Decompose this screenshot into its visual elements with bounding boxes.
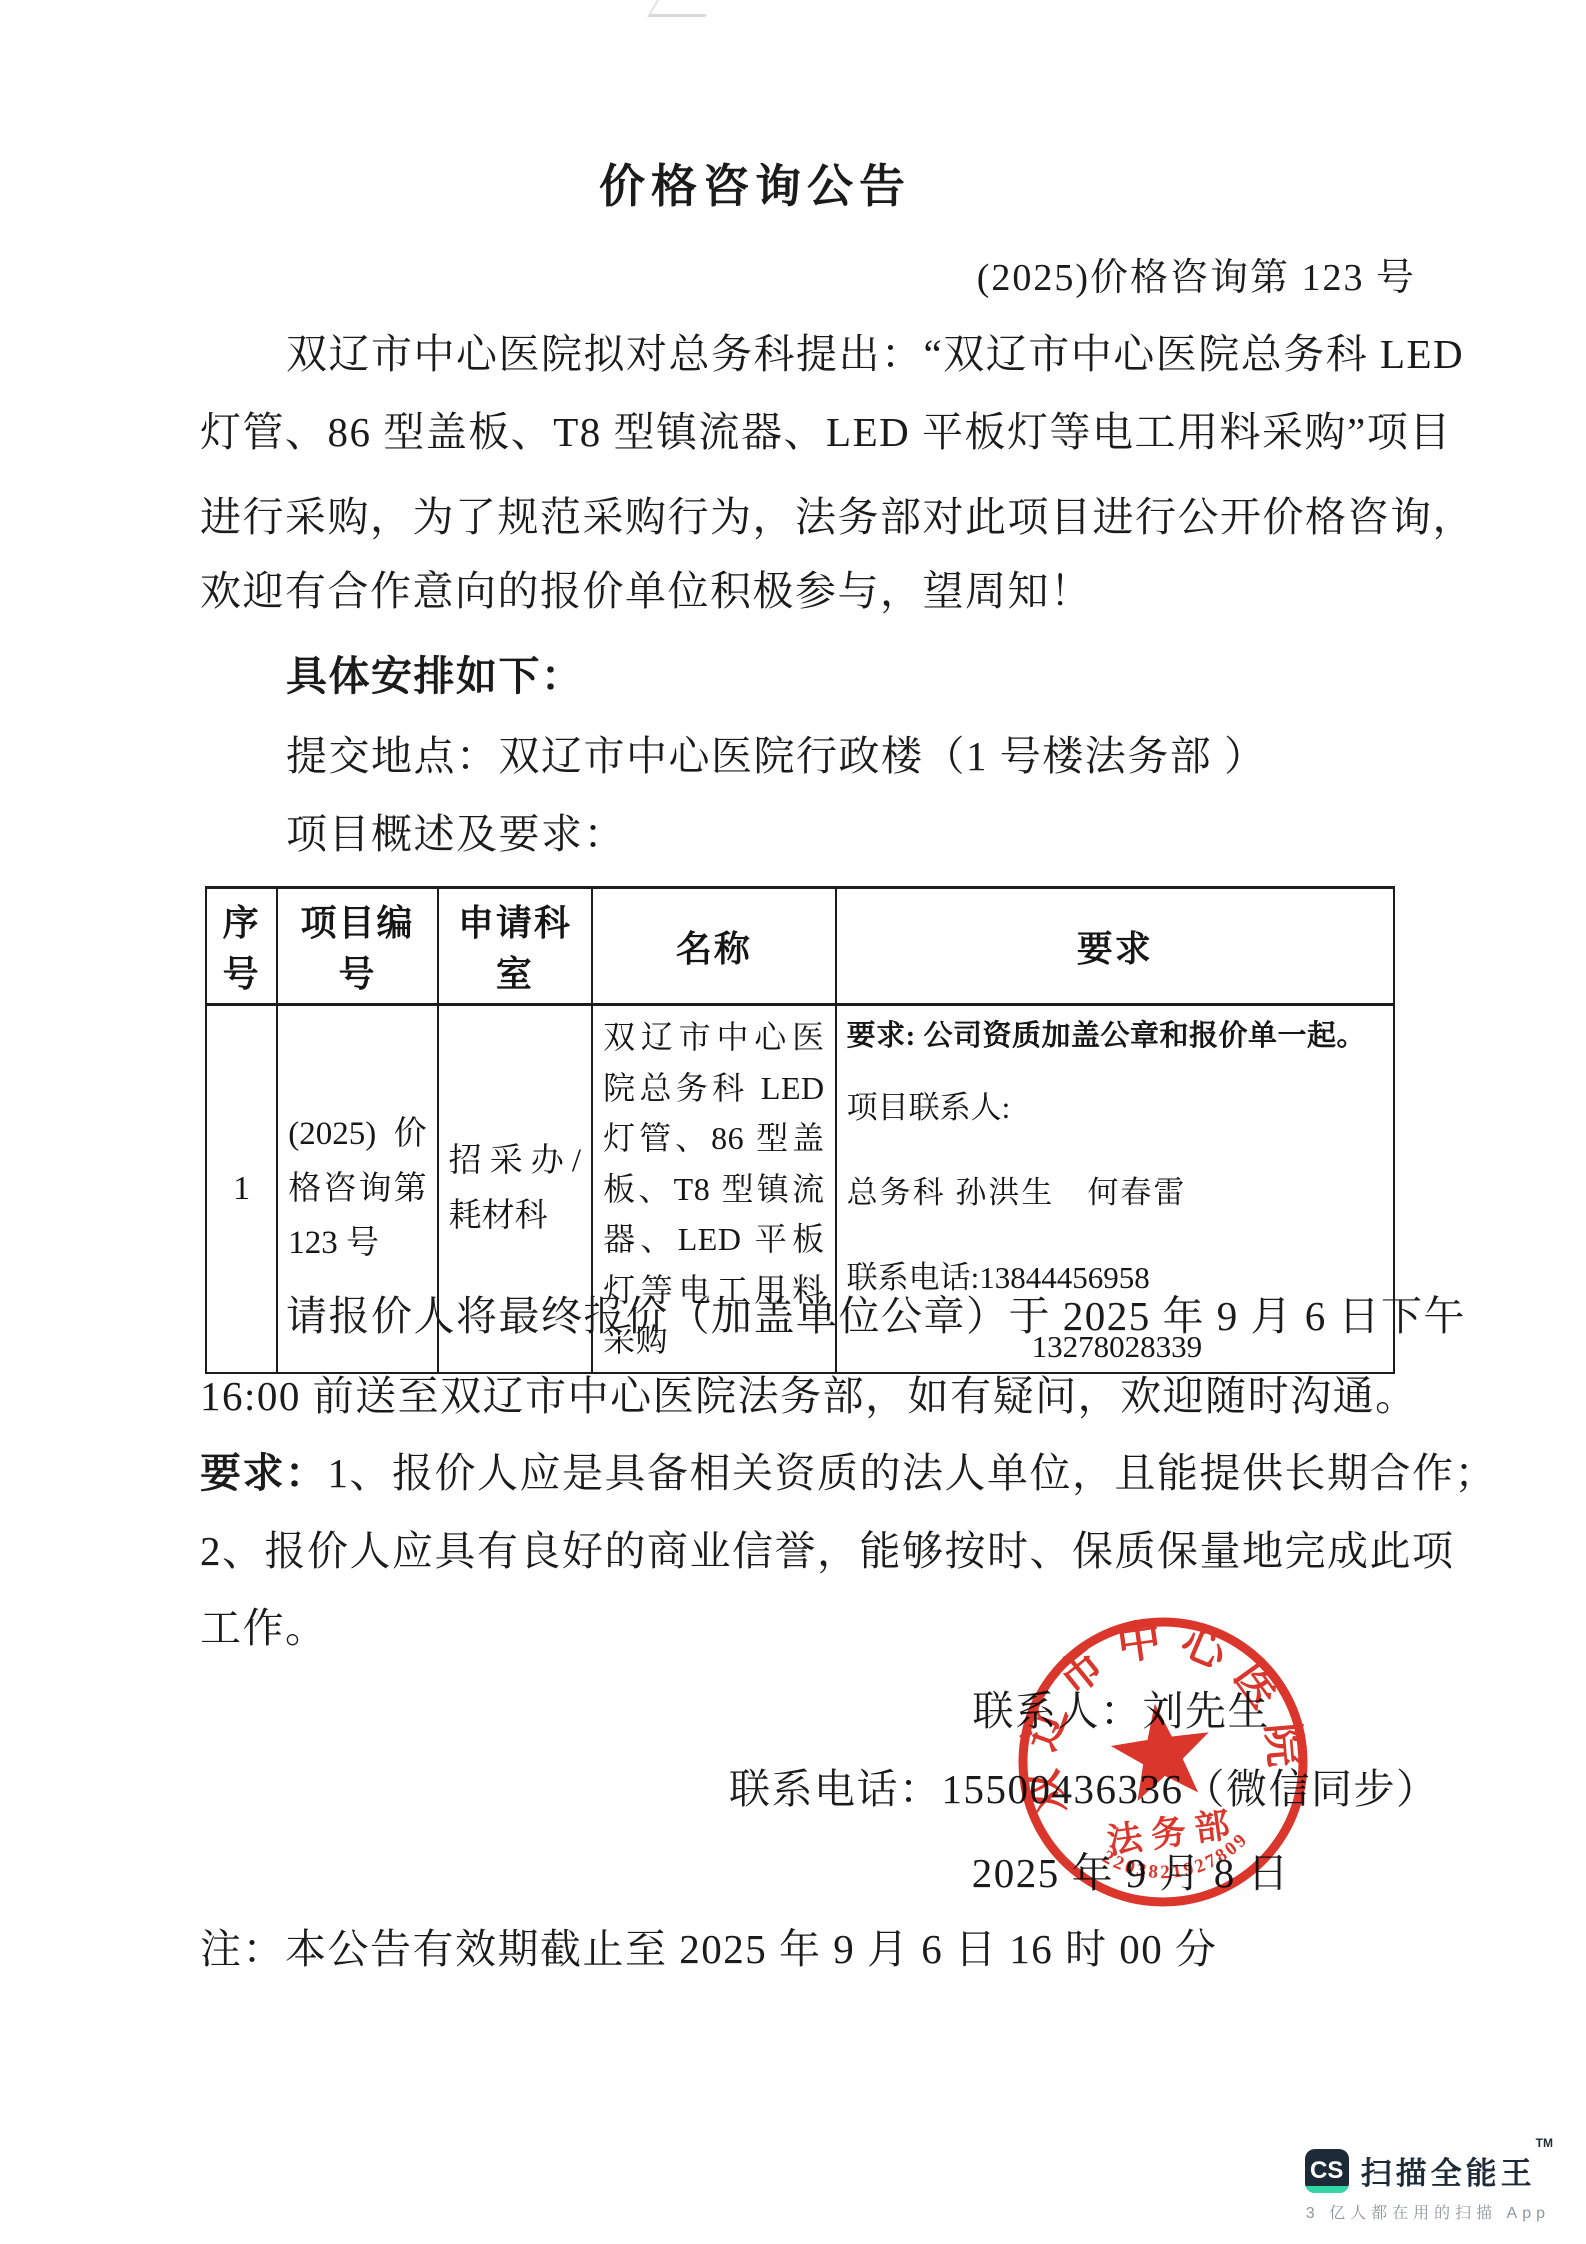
- stamp-org-text: 双辽市中心医院: [1003, 1602, 1314, 1819]
- requirement-line-2: 2、报价人应具有良好的商业信誉，能够按时、保质保量地完成此项: [200, 1518, 1455, 1577]
- header-project-no: 项目编号: [277, 888, 437, 1005]
- scanned-document-page: 价格咨询公告 (2025)价格咨询第 123 号 双辽市中心医院拟对总务科提出：…: [0, 0, 1586, 2244]
- validity-note: 注：本公告有效期截止至 2025 年 9 月 6 日 16 时 00 分: [200, 1916, 1218, 1975]
- header-department: 申请科室: [438, 888, 592, 1005]
- doc-number: (2025)价格咨询第 123 号: [977, 246, 1416, 301]
- official-stamp: 双辽市中心医院 法务部 2203821927809: [1003, 1602, 1323, 1922]
- scanner-app-name: 扫描全能王TM: [1361, 2148, 1553, 2193]
- trademark-mark: TM: [1536, 2136, 1553, 2150]
- scanner-watermark: CS 扫描全能王TM: [1305, 2148, 1553, 2193]
- intro-line-1: 双辽市中心医院拟对总务科提出：“双辽市中心医院总务科 LED: [286, 321, 1464, 380]
- project-contact-names: 总务科 孙洪生 何春雷: [847, 1167, 1383, 1212]
- requirement-note: 要求: 公司资质加盖公章和报价单一起。: [847, 1013, 1383, 1054]
- page-title: 价格咨询公告: [0, 150, 1510, 216]
- cs-logo-icon: CS: [1305, 2149, 1349, 2193]
- requirement-line-1-text: 1、报价人应是具备相关资质的法人单位，且能提供长期合作；: [328, 1450, 1498, 1496]
- arrangement-heading: 具体安排如下：: [286, 643, 584, 702]
- closing-line-2: 16:00 前送至双辽市中心医院法务部，如有疑问，欢迎随时沟通。: [200, 1363, 1418, 1422]
- intro-line-4: 欢迎有合作意向的报价单位积极参与，望周知！: [200, 558, 1093, 617]
- requirement-prefix: 要求：: [200, 1450, 328, 1496]
- closing-line-1: 请报价人将最终报价（加盖单位公章）于 2025 年 9 月 6 日下午: [286, 1283, 1466, 1342]
- submit-location: 提交地点：双辽市中心医院行政楼（1 号楼法务部 ）: [286, 723, 1267, 782]
- scanner-app-name-text: 扫描全能王: [1361, 2156, 1536, 2191]
- intro-line-2: 灯管、86 型盖板、T8 型镇流器、LED 平板灯等电工用料采购”项目: [200, 399, 1452, 458]
- header-name: 名称: [592, 888, 836, 1005]
- table-header-row: 序 号 项目编号 申请科室 名称 要求: [206, 888, 1394, 1005]
- header-requirement: 要求: [836, 888, 1394, 1005]
- requirement-line-1: 要求：1、报价人应是具备相关资质的法人单位，且能提供长期合作；: [200, 1440, 1497, 1499]
- project-contact-label: 项目联系人:: [847, 1082, 1383, 1127]
- scan-artifact: [647, 0, 715, 17]
- header-index: 序 号: [206, 888, 277, 1005]
- requirement-line-3: 工作。: [200, 1595, 328, 1654]
- cell-index: 1: [206, 1005, 277, 1373]
- scanner-tagline: 3 亿人都在用的扫描 App: [1306, 2200, 1550, 2223]
- svg-text:双辽市中心医院: 双辽市中心医院: [1003, 1602, 1314, 1819]
- intro-line-3: 进行采购，为了规范采购行为，法务部对此项目进行公开价格咨询，: [200, 484, 1475, 543]
- overview-heading: 项目概述及要求：: [286, 801, 626, 860]
- stamp-star-icon: [1106, 1697, 1217, 1804]
